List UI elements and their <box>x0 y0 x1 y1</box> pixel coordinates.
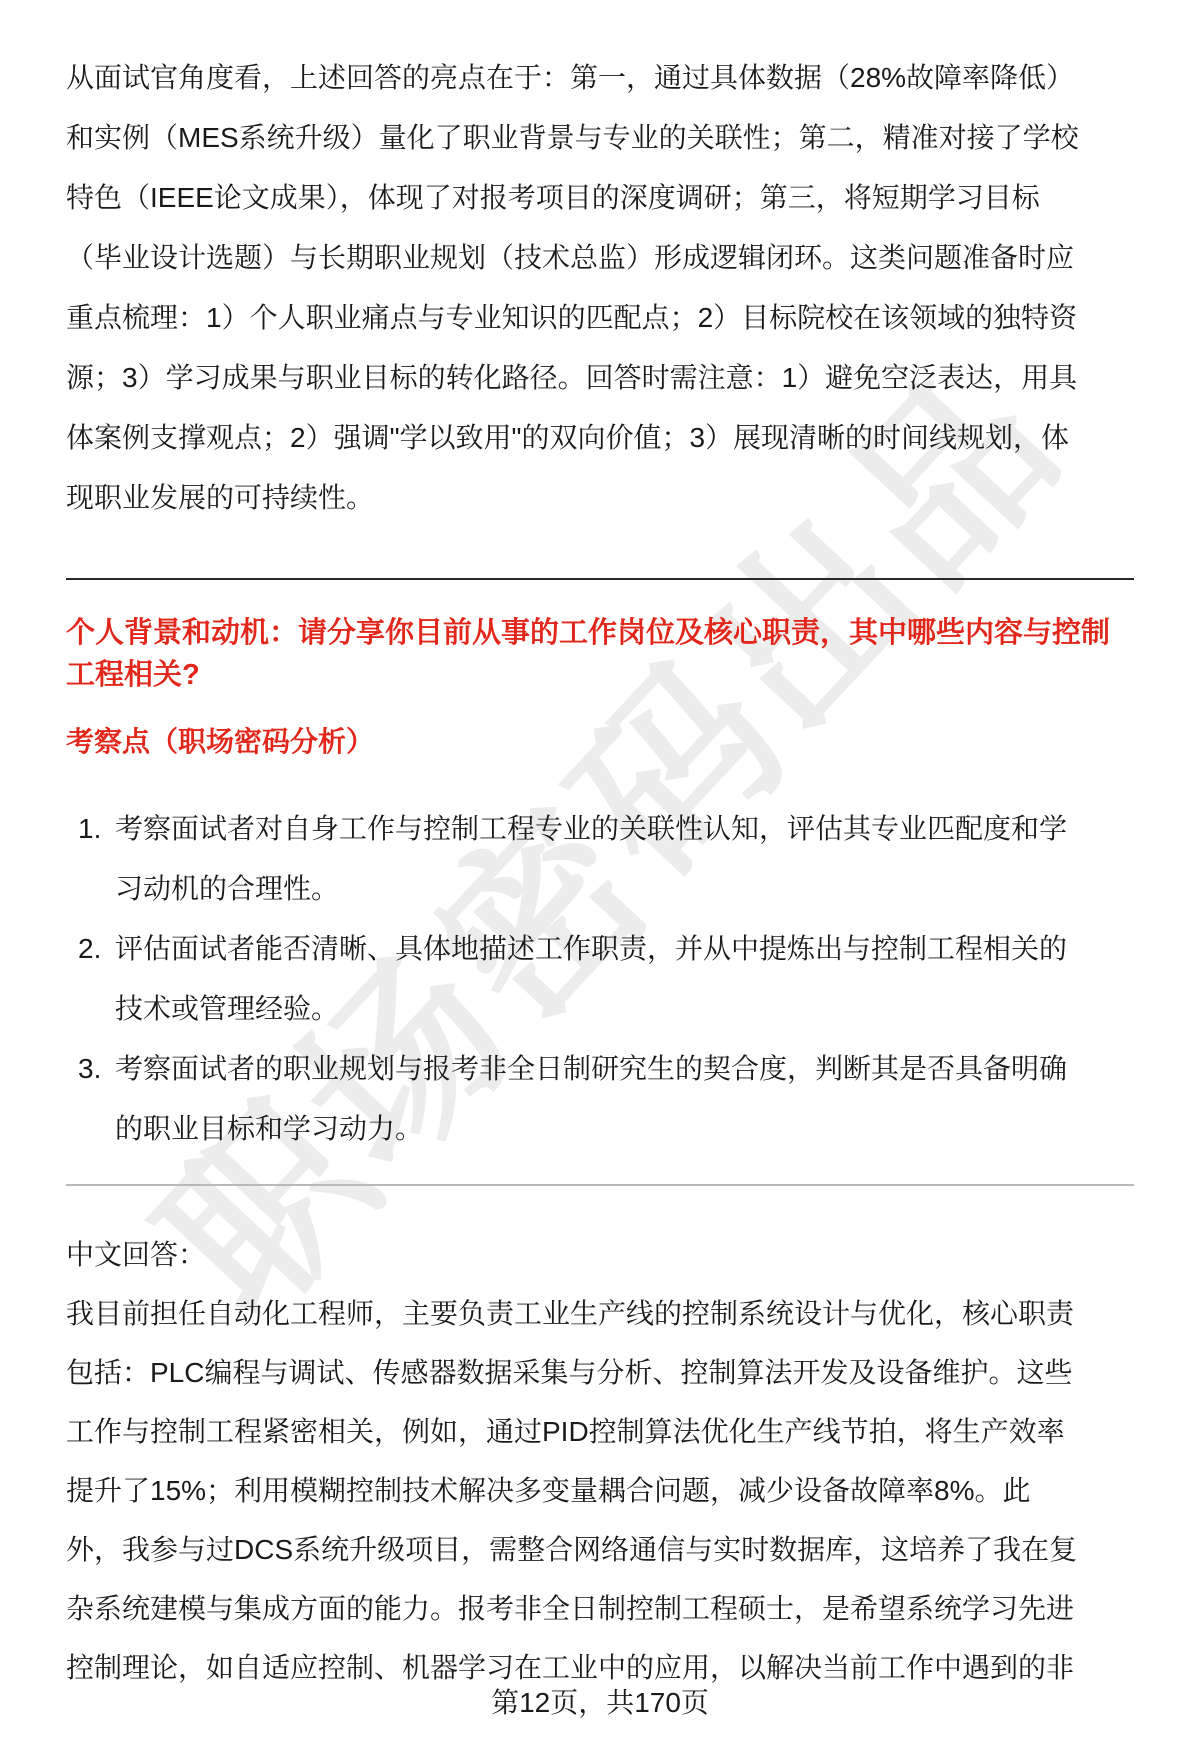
paragraph-line: 包括：PLC编程与调试、传感器数据采集与分析、控制算法开发及设备维护。这些 <box>66 1343 1134 1402</box>
paragraph-line: 现职业发展的可持续性。 <box>66 468 1134 528</box>
paragraph-line: （毕业设计选题）与长期职业规划（技术总监）形成逻辑闭环。这类问题准备时应 <box>66 228 1134 288</box>
answer-label: 中文回答： <box>66 1225 1134 1284</box>
exam-points-heading: 考察点（职场密码分析） <box>66 722 374 762</box>
paragraph-line: 提升了15%；利用模糊控制技术解决多变量耦合问题，减少设备故障率8%。此 <box>66 1461 1134 1520</box>
exam-points-list: 1. 考察面试者对自身工作与控制工程专业的关联性认知，评估其专业匹配度和学 习动… <box>66 799 1134 1159</box>
section-divider <box>66 1184 1134 1186</box>
exam-point-item: 2. 评估面试者能否清晰、具体地描述工作职责，并从中提炼出与控制工程相关的 技术… <box>66 919 1134 1039</box>
exam-point-item: 3. 考察面试者的职业规划与报考非全日制研究生的契合度，判断其是否具备明确 的职… <box>66 1039 1134 1159</box>
paragraph-line: 从面试官角度看，上述回答的亮点在于：第一，通过具体数据（28%故障率降低） <box>66 48 1134 108</box>
paragraph-line: 特色（IEEE论文成果），体现了对报考项目的深度调研；第三，将短期学习目标 <box>66 168 1134 228</box>
paragraph-line: 重点梳理：1）个人职业痛点与专业知识的匹配点；2）目标院校在该领域的独特资 <box>66 288 1134 348</box>
item-number: 2. <box>66 919 115 979</box>
item-line: 考察面试者对自身工作与控制工程专业的关联性认知，评估其专业匹配度和学 <box>115 799 1134 859</box>
paragraph-line: 和实例（MES系统升级）量化了职业背景与专业的关联性；第二，精准对接了学校 <box>66 108 1134 168</box>
item-number: 3. <box>66 1039 115 1099</box>
section-divider <box>66 578 1134 580</box>
item-line: 评估面试者能否清晰、具体地描述工作职责，并从中提炼出与控制工程相关的 <box>115 919 1134 979</box>
item-line: 考察面试者的职业规划与报考非全日制研究生的契合度，判断其是否具备明确 <box>115 1039 1134 1099</box>
item-line: 习动机的合理性。 <box>115 859 1134 919</box>
question-heading-line: 工程相关? <box>66 654 1134 696</box>
document-page: 职场密码出品 从面试官角度看，上述回答的亮点在于：第一，通过具体数据（28%故障… <box>0 0 1200 1755</box>
paragraph-line: 我目前担任自动化工程师，主要负责工业生产线的控制系统设计与优化，核心职责 <box>66 1284 1134 1343</box>
page-footer: 第12页，共170页 <box>0 1683 1200 1723</box>
paragraph-line: 杂系统建模与集成方面的能力。报考非全日制控制工程硕士，是希望系统学习先进 <box>66 1579 1134 1638</box>
item-line: 的职业目标和学习动力。 <box>115 1099 1134 1159</box>
paragraph-line: 源；3）学习成果与职业目标的转化路径。回答时需注意：1）避免空泛表达，用具 <box>66 348 1134 408</box>
answer-paragraph: 中文回答： 我目前担任自动化工程师，主要负责工业生产线的控制系统设计与优化，核心… <box>66 1225 1134 1697</box>
question-heading-line: 个人背景和动机：请分享你目前从事的工作岗位及核心职责，其中哪些内容与控制 <box>66 612 1134 654</box>
item-number: 1. <box>66 799 115 859</box>
analysis-paragraph: 从面试官角度看，上述回答的亮点在于：第一，通过具体数据（28%故障率降低） 和实… <box>66 48 1134 528</box>
item-text: 考察面试者的职业规划与报考非全日制研究生的契合度，判断其是否具备明确 的职业目标… <box>115 1039 1134 1159</box>
paragraph-line: 体案例支撑观点；2）强调"学以致用"的双向价值；3）展现清晰的时间线规划，体 <box>66 408 1134 468</box>
paragraph-line: 外，我参与过DCS系统升级项目，需整合网络通信与实时数据库，这培养了我在复 <box>66 1520 1134 1579</box>
item-line: 技术或管理经验。 <box>115 979 1134 1039</box>
item-text: 评估面试者能否清晰、具体地描述工作职责，并从中提炼出与控制工程相关的 技术或管理… <box>115 919 1134 1039</box>
exam-point-item: 1. 考察面试者对自身工作与控制工程专业的关联性认知，评估其专业匹配度和学 习动… <box>66 799 1134 919</box>
paragraph-line: 工作与控制工程紧密相关，例如，通过PID控制算法优化生产线节拍，将生产效率 <box>66 1402 1134 1461</box>
item-text: 考察面试者对自身工作与控制工程专业的关联性认知，评估其专业匹配度和学 习动机的合… <box>115 799 1134 919</box>
question-heading: 个人背景和动机：请分享你目前从事的工作岗位及核心职责，其中哪些内容与控制 工程相… <box>66 612 1134 696</box>
